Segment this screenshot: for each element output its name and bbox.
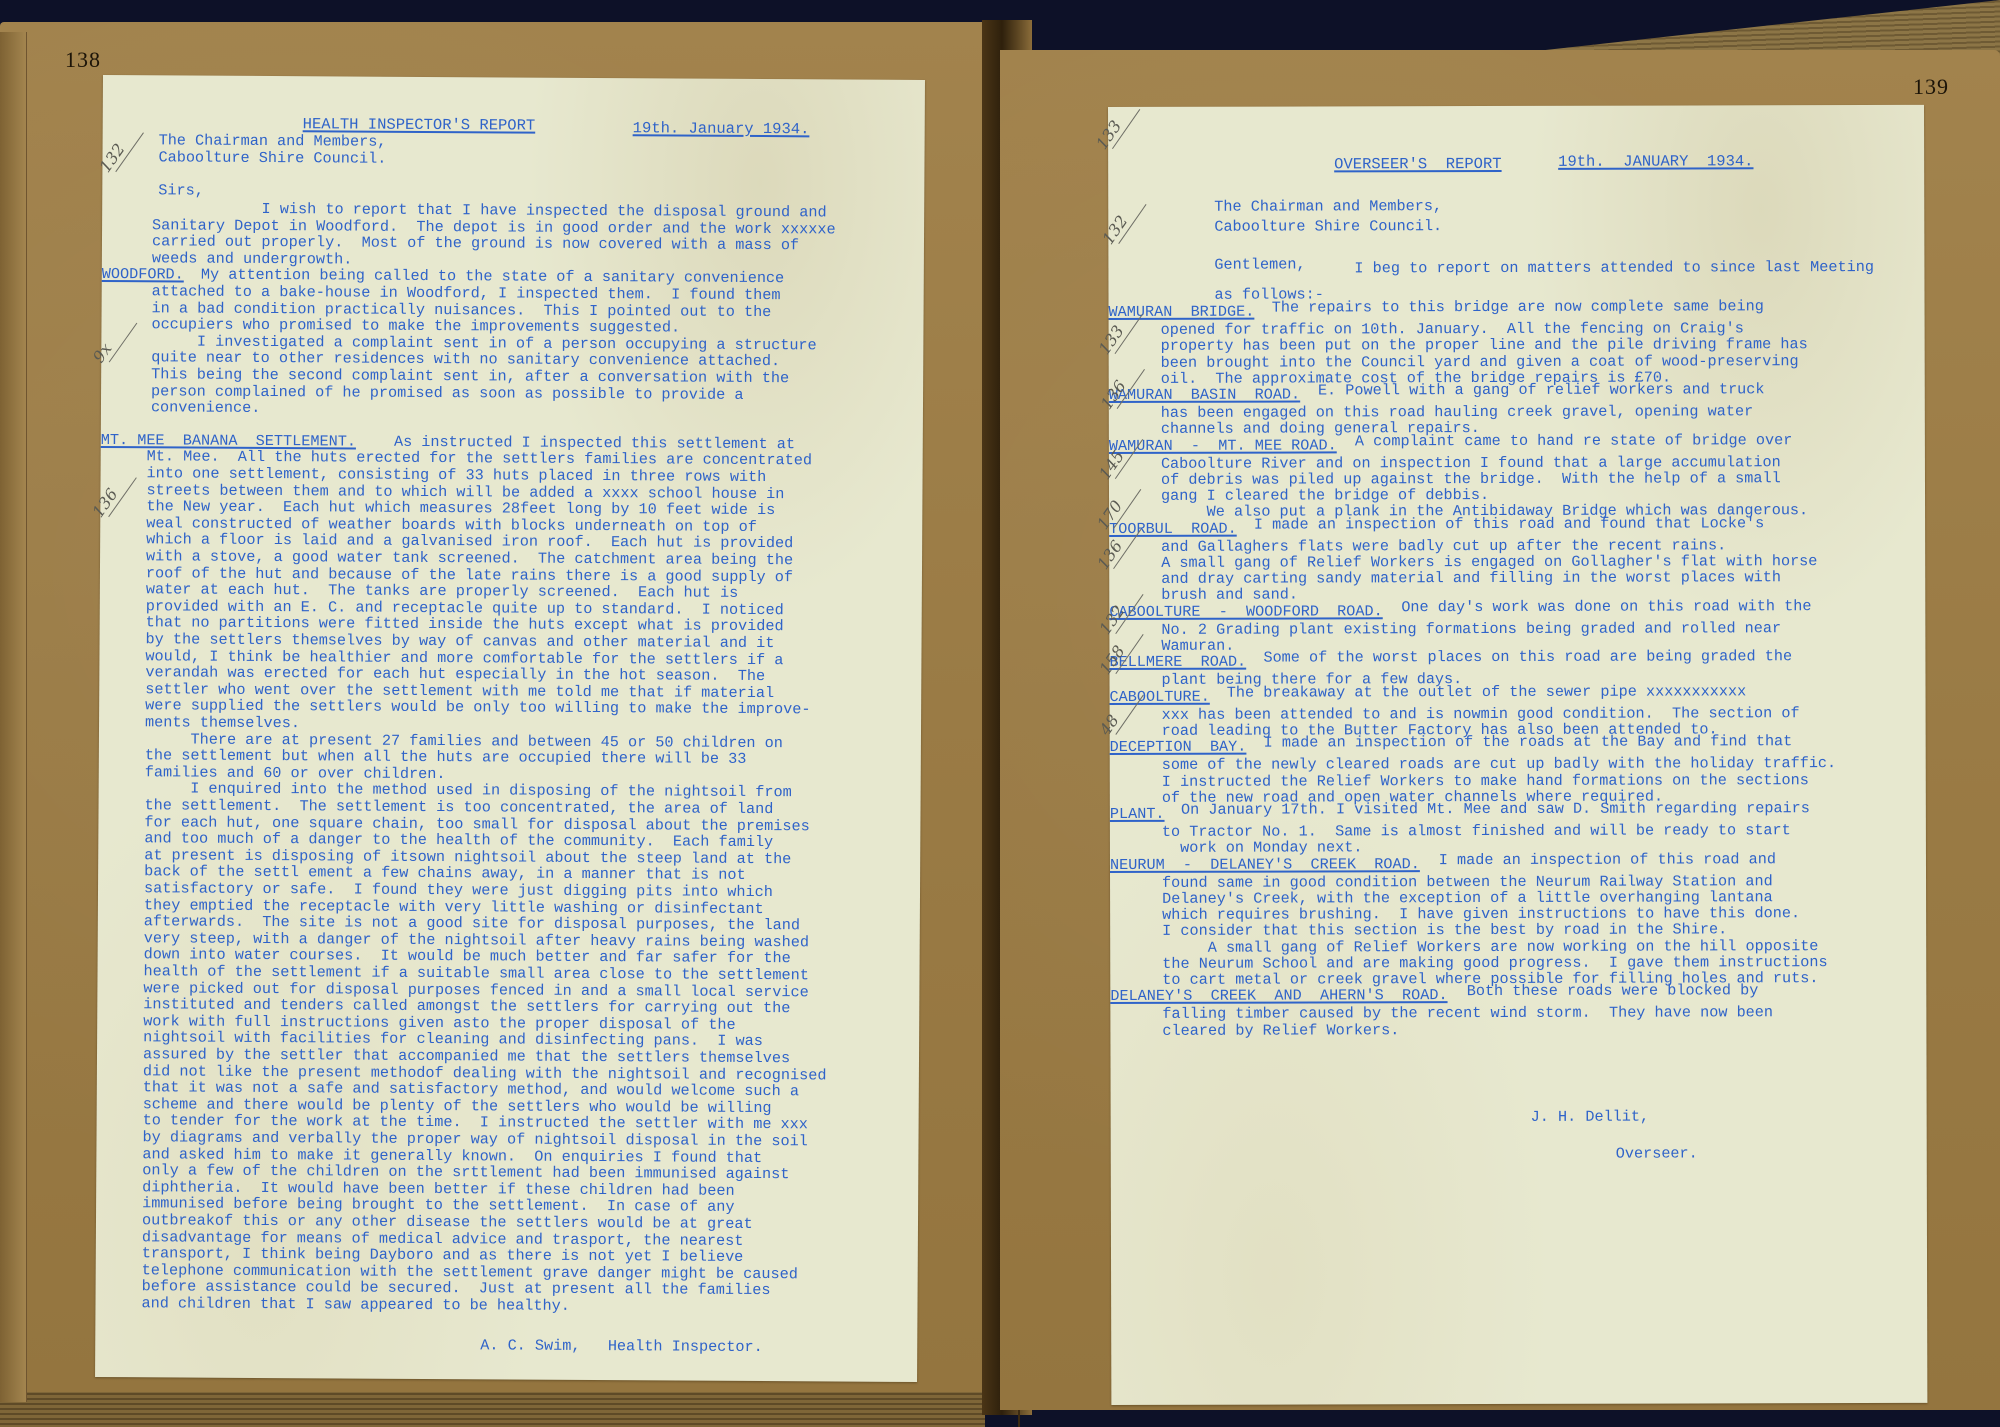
body-line: The breakaway at the outlet of the sewer… — [1227, 683, 1747, 701]
body-line: convenience. — [151, 399, 260, 416]
section-heading: BELLMERE ROAD. — [1109, 654, 1246, 671]
section-heading: WOODFORD. — [102, 266, 184, 283]
body-line: ments themselves. — [145, 714, 300, 732]
body-line: A complaint came to hand re state of bri… — [1355, 432, 1793, 450]
body-line: to Tractor No. 1. Same is almost finishe… — [1162, 822, 1791, 840]
overseer-report-sheet: OVERSEER'S REPORT 19th. JANUARY 1934. Th… — [1108, 105, 1927, 1405]
page-number-right: 139 — [1913, 74, 1949, 100]
body-line: brush and sand. — [1161, 587, 1298, 604]
addressee-line: Caboolture Shire Council. — [158, 149, 386, 167]
body-line: I made an inspection of this road and — [1439, 851, 1776, 868]
body-line: No. 2 Grading plant existing formations … — [1161, 620, 1781, 638]
report-date: 19th. January 1934. — [633, 120, 810, 138]
addressee-line: The Chairman and Members, — [1214, 198, 1442, 215]
body-line: cleared by Relief Workers. — [1162, 1022, 1399, 1039]
addressee-line: Caboolture Shire Council. — [1214, 218, 1442, 235]
body-line: work on Monday next. — [1162, 840, 1363, 857]
body-line: and dray carting sandy material and fill… — [1161, 569, 1781, 587]
body-line: The repairs to this bridge are now compl… — [1272, 298, 1764, 316]
report-date: 19th. JANUARY 1934. — [1558, 153, 1753, 170]
body-line: Some of the worst places on this road ar… — [1263, 648, 1792, 666]
salutation: Gentlemen, — [1214, 256, 1305, 273]
report-body: I wish to report that I have inspected t… — [102, 191, 924, 196]
page-stack-edge — [1500, 0, 2000, 55]
body-line: falling timber caused by the recent wind… — [1162, 1005, 1773, 1023]
section-heading: CABOOLTURE. — [1110, 688, 1210, 705]
margin-note: 132 — [97, 141, 128, 176]
body-line: One day's work was done on this road wit… — [1401, 598, 1811, 616]
salutation: Sirs, — [158, 182, 204, 199]
section-heading: CABOOLTURE - WOODFORD ROAD. — [1109, 603, 1382, 620]
section-heading: DECEPTION BAY. — [1110, 739, 1247, 756]
body-line: I made an inspection of the roads at the… — [1264, 733, 1793, 751]
signature-name: J. H. Dellit, — [1531, 1109, 1650, 1126]
section-heading: PLANT. — [1110, 806, 1165, 823]
signature: A. C. Swim, Health Inspector. — [480, 1337, 763, 1355]
page-stack-edge — [0, 1390, 985, 1427]
report-title: OVERSEER'S REPORT — [1334, 156, 1501, 173]
signature-role: Overseer. — [1616, 1145, 1698, 1162]
intro-line: I beg to report on matters attended to s… — [1354, 259, 1874, 277]
health-inspector-report-sheet: HEALTH INSPECTOR'S REPORT 19th. January … — [95, 75, 925, 1382]
section-heading: WAMURAN BRIDGE. — [1109, 304, 1255, 321]
section-heading: DELANEY'S CREEK AND AHERN'S ROAD. — [1110, 987, 1447, 1004]
body-line: On January 17th. I visited Mt. Mee and s… — [1181, 800, 1810, 818]
page-number-left: 138 — [65, 47, 101, 73]
body-line: Both these roads were blocked by — [1467, 982, 1759, 999]
section-heading: WAMURAN BASIN ROAD. — [1109, 386, 1300, 403]
section-heading: NEURUM - DELANEY'S CREEK ROAD. — [1110, 856, 1420, 873]
section-heading: TOORBUL ROAD. — [1109, 520, 1237, 537]
body-line: E. Powell with a gang of relief workers … — [1318, 381, 1765, 399]
body-line: and children that I saw appeared to be h… — [141, 1295, 569, 1314]
body-line: I made an inspection of this road and fo… — [1254, 515, 1764, 533]
